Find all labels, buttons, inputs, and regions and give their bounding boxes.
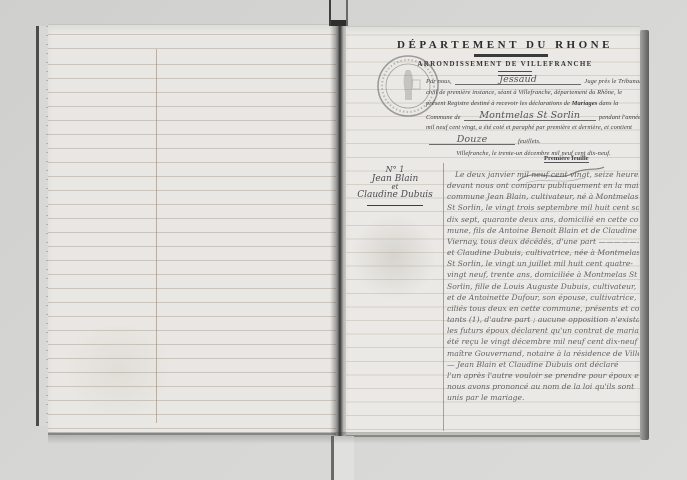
act-line: dix sept, quarante deux ans, domicilié e… [447,214,639,225]
paper-stain [58,325,178,415]
scanned-register-spread: DÉPARTEMENT DU RHONE ARRONDISSEMENT DE V… [0,0,687,480]
judge-name-handwritten: Jessaud [455,76,582,85]
acts-type-label: Mariages [572,100,598,107]
act-line: St Sorlin, le vingt trois septembre mil … [447,202,639,213]
act-line: et de Antoinette Dufour, son épouse, cul… [447,292,639,303]
act-line: et Claudine Dubuis, cultivatrice, née à … [447,247,639,258]
preamble-line-5: mil neuf cent vingt, a été coté et parap… [426,124,641,131]
act-line: Le deux janvier mil neuf cent vingt, sei… [447,169,639,180]
act-line: Sorlin, fille de Louis Auguste Dubuis, c… [447,281,639,292]
department-title: DÉPARTEMENT DU RHONE [346,39,640,51]
left-blank-page [48,24,336,435]
act-line: ciliés tous deux en cette commune, prése… [447,303,639,314]
act-line: vingt neuf, trente ans, domiciliée à Mon… [447,269,639,280]
republique-official-seal-icon [376,54,440,118]
act-line: — Jean Blain et Claudine Dubuis ont décl… [447,359,639,370]
commune-name-handwritten: Montmelas St Sorlin [464,112,596,121]
right-register-page: DÉPARTEMENT DU RHONE ARRONDISSEMENT DE V… [346,26,640,437]
page-bottom-shadow [48,432,640,444]
title-underline [474,54,548,57]
act-line: été reçu le vingt décembre mil neuf cent… [447,336,639,347]
act-line: unis par le mariage. [447,392,639,403]
act-number: N° 1 [348,165,442,174]
act-line: commune Jean Blain, cultivateur, né à Mo… [447,191,639,202]
act-line: devant nous ont comparu publiquement en … [447,180,639,191]
preamble-line-1: Par nous, Jessaud Juge près le Tribunal [426,76,641,85]
act-line: l'un après l'autre vouloir se prendre po… [447,370,639,381]
preamble-line-2: civil de première instance, séant à Vill… [426,89,641,96]
folio-count-handwritten: Douze [429,136,515,145]
marriage-act-handwritten-text: Le deux janvier mil neuf cent vingt, sei… [447,169,639,403]
folio-label: Première feuille [544,155,589,163]
bride-name: Claudine Dubuis [348,190,442,200]
book-fore-edge [640,30,649,440]
binding-tab-shadow [331,20,346,26]
preamble-dateline: Villefranche, le trente-un décembre mil … [426,150,641,157]
act-margin-note: N° 1 Jean Blain et Claudine Dubuis [348,165,442,206]
preamble-line-3: présent Registre destiné à recevoir les … [426,100,641,107]
act-line: les futurs époux déclarent qu'un contrat… [447,325,639,336]
act-line: maître Gouvernand, notaire à la résidenc… [447,348,639,359]
binding-tab-top [329,0,348,26]
preamble-line-4: Commune de Montmelas St Sorlin pendant l… [426,112,641,121]
act-line: nous avons prononcé au nom de la loi qu'… [447,381,639,392]
seal-bleedthrough-ghost [350,215,438,299]
act-line: Viernay, tous deux décédés, d'une part —… [447,236,639,247]
act-line: mune, fils de Antoine Benoit Blain et de… [447,225,639,236]
act-margin-rule [443,163,444,431]
act-line: St Sorlin, le vingt un juillet mil huit … [447,258,639,269]
margin-note-underline [367,205,423,206]
act-line: tants (1), d'autre part ; aucune opposit… [447,314,639,325]
preamble-line-6: Douze feuillets. [426,136,641,145]
